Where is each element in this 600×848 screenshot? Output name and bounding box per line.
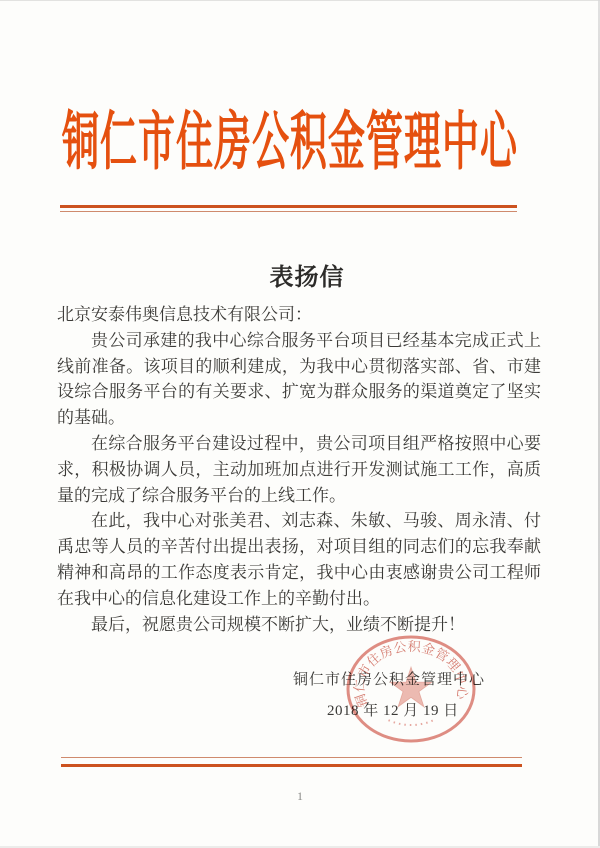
body-line: 求，积极协调人员，主动加班加点进行开发测试施工工作，高质 xyxy=(57,457,541,483)
body-line: 贵公司承建的我中心综合服务平台项目已经基本完成正式上 xyxy=(57,328,541,354)
scanned-letter-page: { "theme": { "accent_color": "#e5500f", … xyxy=(0,0,600,848)
signature-org: 铜仁市住房公积金管理中心 xyxy=(293,668,485,689)
seal-ring xyxy=(348,637,474,741)
body-line: 量的完成了综合服务平台的上线工作。 xyxy=(57,483,541,509)
scan-edge-top xyxy=(0,0,600,1)
official-seal: 铜仁市住房公积金管理中心 xyxy=(341,630,481,750)
letterhead-org-title: 铜仁市住房公积金管理中心 xyxy=(0,112,580,176)
document-title: 表扬信 xyxy=(7,257,600,292)
body-line: 最后，祝愿贵公司规模不断扩大，业绩不断提升！ xyxy=(57,612,541,638)
body-line: 在综合服务平台建设过程中，贵公司项目组严格按照中心要 xyxy=(57,431,541,457)
body-line: 北京安泰伟奥信息技术有限公司： xyxy=(57,302,541,328)
signature-date: 2018 年 12 月 19 日 xyxy=(327,699,459,720)
header-rule-thin xyxy=(60,211,517,212)
seal-code-dots xyxy=(389,720,434,725)
footer-rule-thin xyxy=(61,757,522,758)
letter-body: 北京安泰伟奥信息技术有限公司： 贵公司承建的我中心综合服务平台项目已经基本完成正… xyxy=(57,302,541,637)
body-line: 设综合服务平台的有关要求、扩宽为群众服务的渠道奠定了坚实 xyxy=(57,379,541,405)
body-line: 在我中心的信息化建设工作上的辛勤付出。 xyxy=(57,586,541,612)
page-number: 1 xyxy=(290,789,310,804)
body-line: 的基础。 xyxy=(57,405,541,431)
body-line: 在此，我中心对张美君、刘志森、朱敏、马骏、周永清、付 xyxy=(57,508,541,534)
body-line: 线前准备。该项目的顺利建成，为我中心贯彻落实部、省、市建 xyxy=(57,354,541,380)
footer-rule-thick xyxy=(61,764,522,767)
header-rule-thick xyxy=(60,205,517,208)
body-line: 禹忠等人员的辛苦付出提出表扬，对项目组的同志们的忘我奉献 xyxy=(57,534,541,560)
body-line: 精神和高昂的工作态度表示肯定，我中心由衷感谢贵公司工程师 xyxy=(57,560,541,586)
